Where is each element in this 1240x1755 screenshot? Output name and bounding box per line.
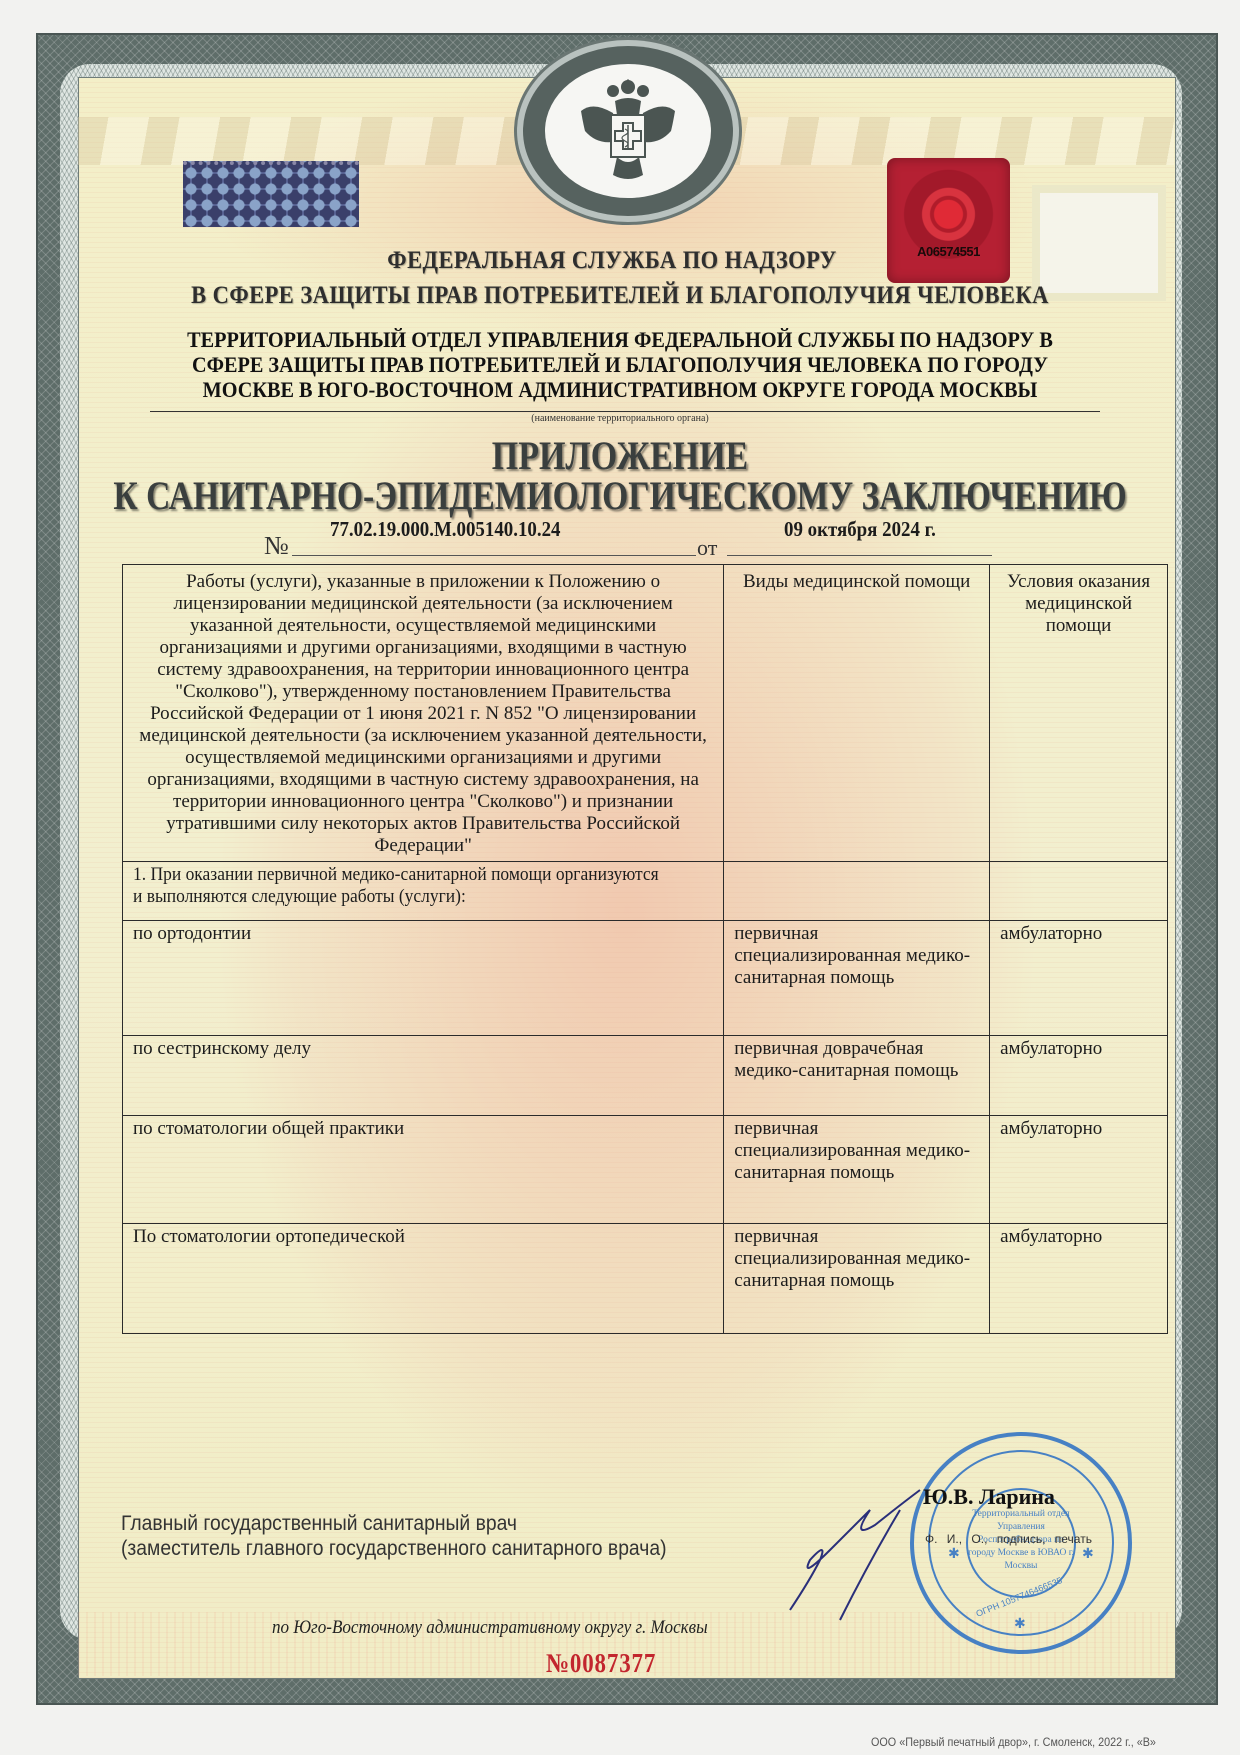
table-header-row: Работы (услуги), указанные в приложении … xyxy=(123,565,1168,862)
header-care-type: Виды медицинской помощи xyxy=(724,565,990,862)
number-date-row: № 77.02.19.000.М.005140.10.24 от 09 октя… xyxy=(0,517,1240,557)
service-name-line-2: В СФЕРЕ ЗАЩИТЫ ПРАВ ПОТРЕБИТЕЛЕЙ И БЛАГО… xyxy=(62,282,1178,310)
star-icon: ✱ xyxy=(1014,1616,1026,1633)
printer-imprint: ООО «Первый печатный двор», г. Смоленск,… xyxy=(871,1735,1156,1749)
conclusion-date: 09 октября 2024 г. xyxy=(784,517,936,542)
table-section-row: 1. При оказании первичной медико-санитар… xyxy=(123,862,1168,921)
security-ovi-strip xyxy=(183,161,359,227)
double-headed-eagle-emblem-icon xyxy=(573,71,683,191)
work-cell: по сестринскому делу xyxy=(123,1036,724,1116)
service-name-line-1: ФЕДЕРАЛЬНАЯ СЛУЖБА ПО НАДЗОРУ xyxy=(54,247,1170,275)
signatory-position: Главный государственный санитарный врач … xyxy=(121,1511,667,1561)
signature-caption: Ф. И., О., подпись, печать xyxy=(925,1532,1092,1546)
work-cell: По стоматологии ортопедической xyxy=(123,1224,724,1334)
header-care-conditions: Условия оказания медицинской помощи xyxy=(990,565,1168,862)
table-row: По стоматологии ортопедической первичная… xyxy=(123,1224,1168,1334)
table-row: по ортодонтии первичная специализированн… xyxy=(123,921,1168,1036)
form-serial-number: №0087377 xyxy=(546,1648,656,1679)
star-icon: ✱ xyxy=(1082,1546,1094,1563)
date-underline xyxy=(727,555,992,556)
territorial-underline xyxy=(150,411,1100,412)
table-row: по стоматологии общей практики первичная… xyxy=(123,1116,1168,1224)
star-icon: ✱ xyxy=(948,1546,960,1563)
number-label: № xyxy=(264,531,289,561)
table-row: по сестринскому делу первичная доврачебн… xyxy=(123,1036,1168,1116)
region-text: по Юго-Восточному административному окру… xyxy=(272,1617,708,1639)
from-label: от xyxy=(697,535,717,561)
emblem-badge xyxy=(523,46,733,216)
section-title: 1. При оказании первичной медико-санитар… xyxy=(133,864,667,908)
work-cell: по стоматологии общей практики xyxy=(123,1116,724,1224)
signatory-name: Ю.В. Ларина xyxy=(923,1484,1055,1510)
document-subtitle: К САНИТАРНО-ЭПИДЕМИОЛОГИЧЕСКОМУ ЗАКЛЮЧЕН… xyxy=(99,472,1141,519)
condition-cell: амбулаторно xyxy=(990,921,1168,1036)
work-cell: по ортодонтии xyxy=(123,921,724,1036)
territorial-body-name: ТЕРРИТОРИАЛЬНЫЙ ОТДЕЛ УПРАВЛЕНИЯ ФЕДЕРАЛ… xyxy=(169,327,1071,402)
number-underline xyxy=(292,555,696,556)
care-type-cell: первичная специализированная медико-сани… xyxy=(724,1224,990,1334)
conclusion-number: 77.02.19.000.М.005140.10.24 xyxy=(330,517,560,542)
handwritten-signature-icon xyxy=(780,1470,940,1630)
care-type-cell: первичная специализированная медико-сани… xyxy=(724,921,990,1036)
condition-cell: амбулаторно xyxy=(990,1036,1168,1116)
services-table: Работы (услуги), указанные в приложении … xyxy=(122,564,1168,1334)
condition-cell: амбулаторно xyxy=(990,1224,1168,1334)
territorial-caption: (наименование территориального органа) xyxy=(0,413,1240,424)
care-type-cell: первичная специализированная медико-сани… xyxy=(724,1116,990,1224)
care-type-cell: первичная доврачебная медико-санитарная … xyxy=(724,1036,990,1116)
condition-cell: амбулаторно xyxy=(990,1116,1168,1224)
header-works: Работы (услуги), указанные в приложении … xyxy=(123,565,724,862)
